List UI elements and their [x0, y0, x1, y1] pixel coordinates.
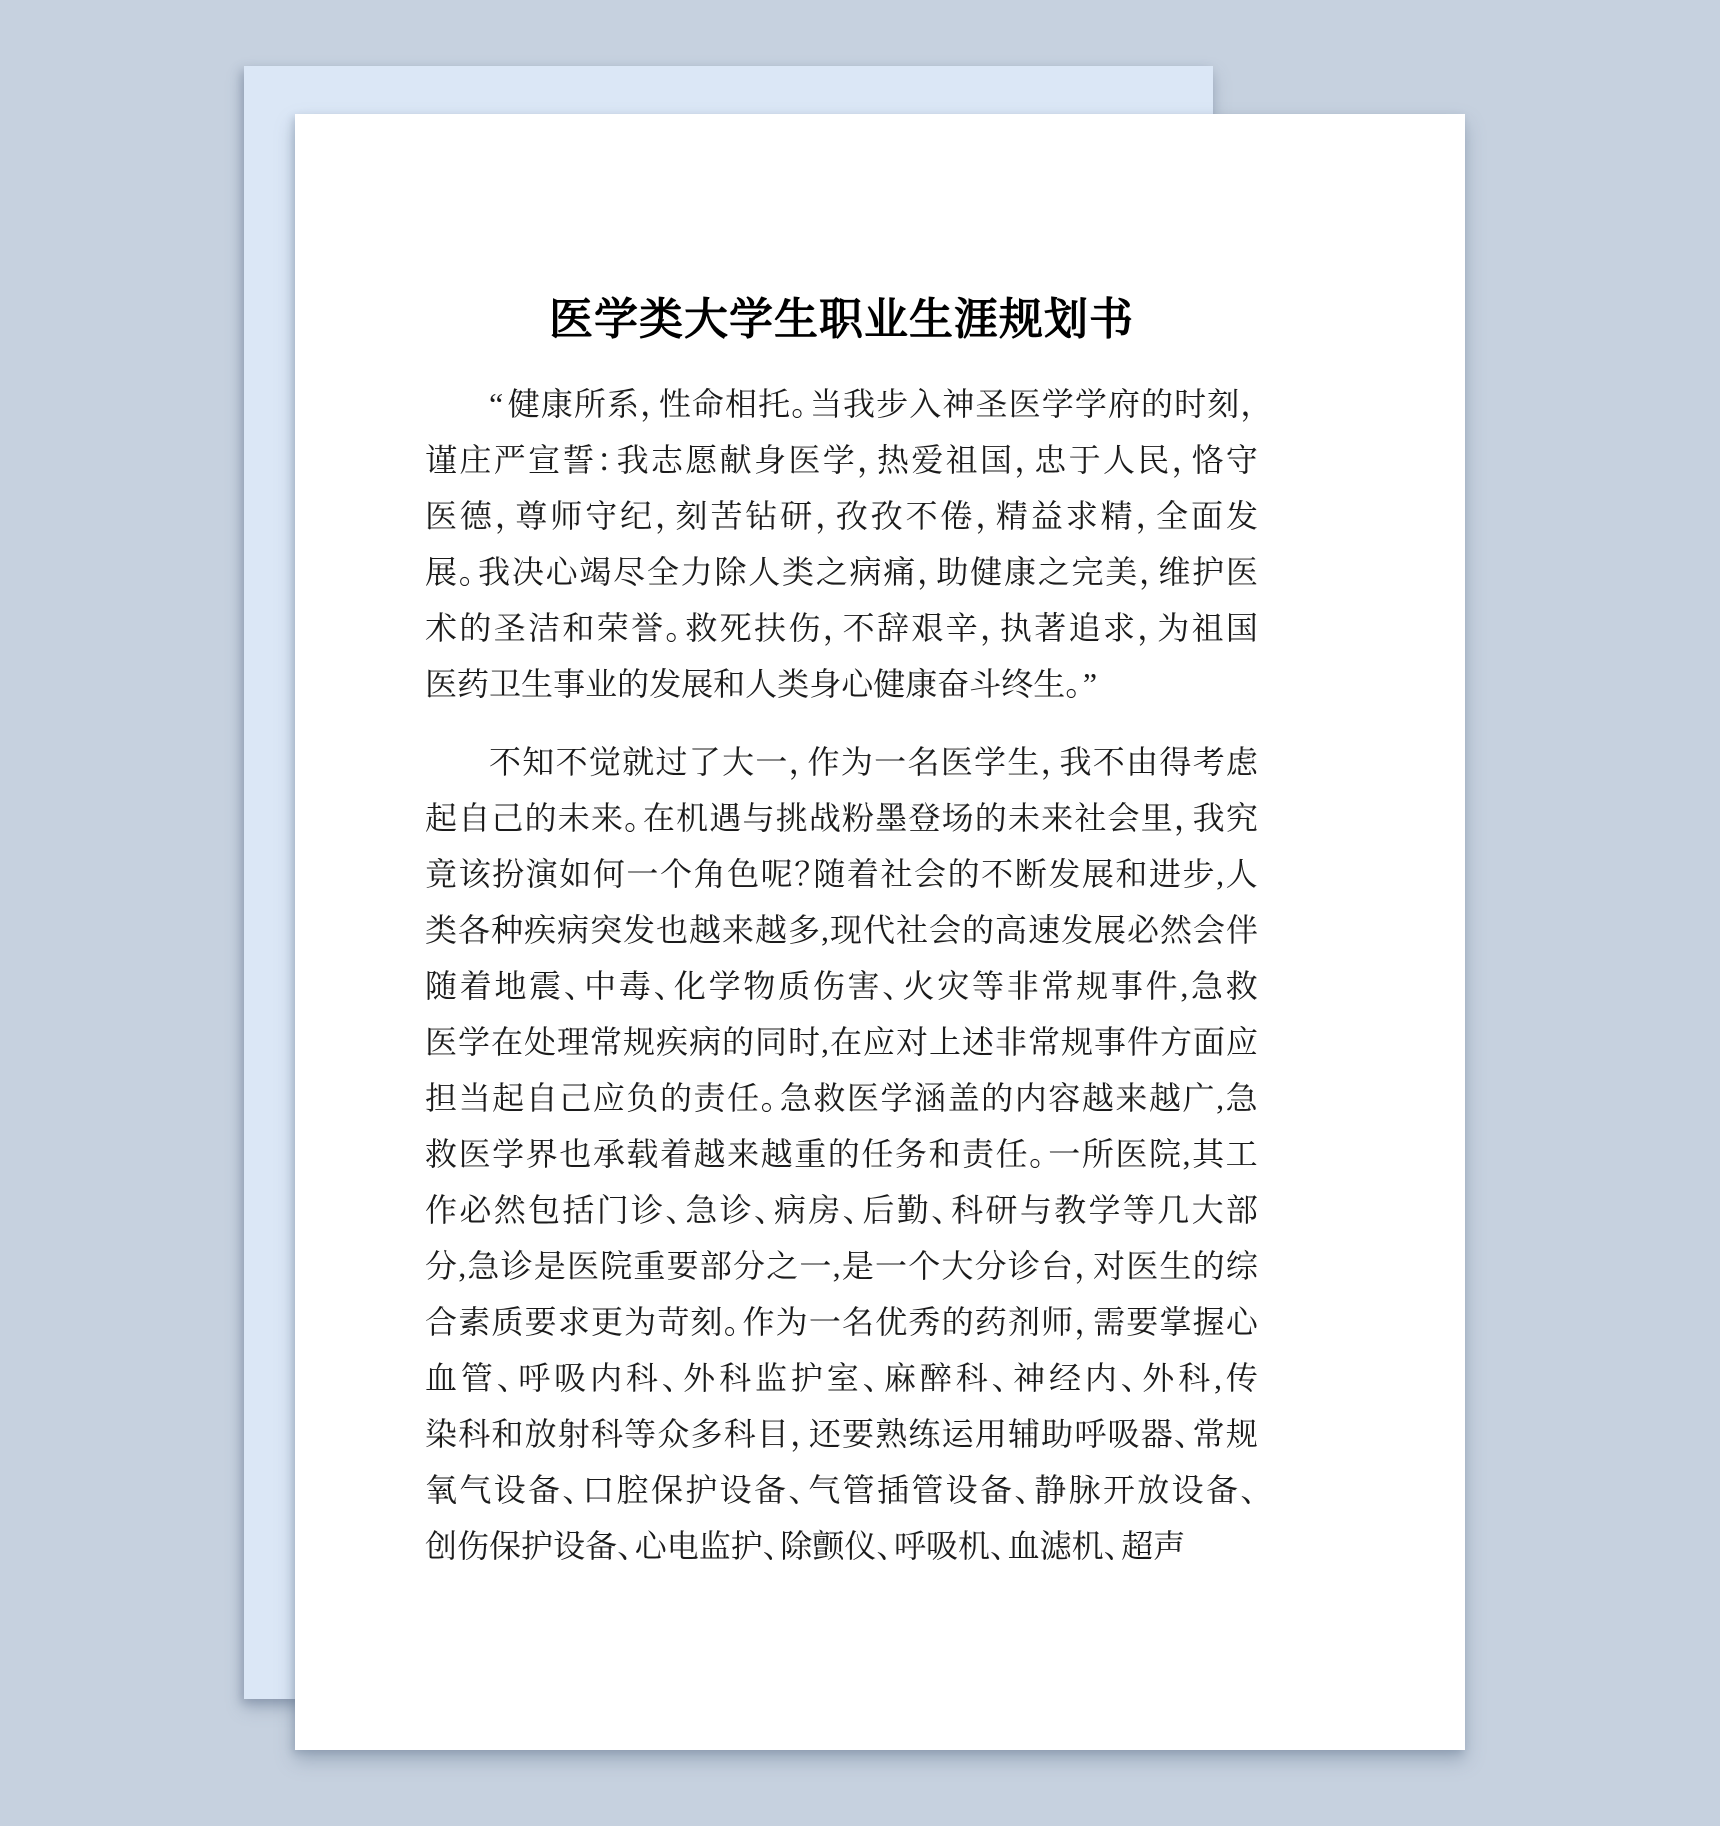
punctuation: 、 — [617, 1518, 635, 1574]
text-line: 术的圣洁和荣誉。救死扶伤，不辞艰辛，执著追求，为祖国 — [425, 600, 1258, 656]
text-line: 作必然包括门诊、急诊、病房、后勤、科研与教学等几大部 — [425, 1182, 1258, 1238]
document-page: 医学类大学生职业生涯规划书 “健康所系，性命相托。当我步入神圣医学学府的时刻，谨… — [295, 114, 1465, 1750]
punctuation: ， — [1240, 376, 1258, 432]
punctuation: ， — [1074, 1294, 1092, 1350]
punctuation: 。 — [791, 376, 809, 432]
punctuation: 、 — [843, 1182, 861, 1238]
punctuation: 、 — [882, 958, 900, 1014]
punctuation: ， — [980, 600, 998, 656]
punctuation: 、 — [931, 1182, 949, 1238]
punctuation: 、 — [1014, 1462, 1032, 1518]
punctuation: ， — [640, 376, 658, 432]
punctuation: ， — [1136, 488, 1154, 544]
punctuation: 、 — [863, 1350, 881, 1406]
punctuation: 、 — [665, 1182, 683, 1238]
punctuation: ： — [597, 432, 615, 488]
punctuation: 、 — [876, 1518, 894, 1574]
punctuation: 、 — [662, 1350, 680, 1406]
punctuation: ， — [857, 432, 875, 488]
text-line: 不知不觉就过了大一，作为一名医学生，我不由得考虑 — [425, 734, 1258, 790]
punctuation: 、 — [788, 1462, 806, 1518]
punctuation: ， — [1137, 600, 1155, 656]
punctuation: ， — [655, 488, 673, 544]
document-body: “健康所系，性命相托。当我步入神圣医学学府的时刻，谨庄严宣誓：我志愿献身医学，热… — [425, 376, 1258, 1574]
punctuation: ” — [1083, 656, 1101, 712]
punctuation: ？ — [794, 846, 812, 902]
text-line: 合素质要求更为苛刻。作为一名优秀的药剂师，需要掌握心 — [425, 1294, 1258, 1350]
punctuation: 、 — [562, 1462, 580, 1518]
punctuation: 、 — [564, 958, 582, 1014]
punctuation: “ — [489, 376, 507, 432]
punctuation: 、 — [763, 1518, 781, 1574]
text-line: 竟该扮演如何一个角色呢？随着社会的不断发展和进步,人 — [425, 846, 1258, 902]
text-line: 救医学界也承载着越来越重的任务和责任。一所医院,其工 — [425, 1126, 1258, 1182]
punctuation: ， — [1172, 432, 1190, 488]
punctuation: ， — [823, 600, 841, 656]
punctuation: 。 — [459, 544, 477, 600]
punctuation: ， — [790, 1406, 808, 1462]
punctuation: 。 — [724, 1294, 742, 1350]
punctuation: 。 — [1065, 656, 1083, 712]
text-line: 类各种疾病突发也越来越多,现代社会的高速发展必然会伴 — [425, 902, 1258, 958]
text-line: 展。我决心竭尽全力除人类之病痛，助健康之完美，维护医 — [425, 544, 1258, 600]
text-line: “健康所系，性命相托。当我步入神圣医学学府的时刻， — [425, 376, 1258, 432]
punctuation: 、 — [497, 1350, 515, 1406]
text-line: 氧气设备、口腔保护设备、气管插管设备、静脉开放设备、 — [425, 1462, 1258, 1518]
punctuation: ， — [1041, 734, 1059, 790]
punctuation: 。 — [624, 790, 642, 846]
punctuation: ， — [1139, 544, 1157, 600]
text-line: 医德，尊师守纪，刻苦钻研，孜孜不倦，精益求精，全面发 — [425, 488, 1258, 544]
text-line: 医学在处理常规疾病的同时,在应对上述非常规事件方面应 — [425, 1014, 1258, 1070]
punctuation: 、 — [754, 1182, 772, 1238]
punctuation: ， — [1074, 1238, 1092, 1294]
punctuation: 、 — [992, 1350, 1010, 1406]
punctuation: ， — [495, 488, 513, 544]
punctuation: ， — [1014, 432, 1032, 488]
text-line: 随着地震、中毒、化学物质伤害、火灾等非常规事件,急救 — [425, 958, 1258, 1014]
punctuation: 、 — [654, 958, 672, 1014]
document-title: 医学类大学生职业生涯规划书 — [425, 294, 1258, 346]
punctuation: 。 — [1029, 1126, 1047, 1182]
punctuation: ， — [789, 734, 807, 790]
paragraph: 不知不觉就过了大一，作为一名医学生，我不由得考虑起自己的未来。在机遇与挑战粉墨登… — [425, 734, 1258, 1574]
paragraph: “健康所系，性命相托。当我步入神圣医学学府的时刻，谨庄严宣誓：我志愿献身医学，热… — [425, 376, 1258, 712]
text-line: 谨庄严宣誓：我志愿献身医学，热爱祖国，忠于人民，恪守 — [425, 432, 1258, 488]
punctuation: 、 — [1121, 1350, 1139, 1406]
text-line: 染科和放射科等众多科目，还要熟练运用辅助呼吸器、常规 — [425, 1406, 1258, 1462]
punctuation: 、 — [990, 1518, 1008, 1574]
punctuation: 、 — [1240, 1462, 1258, 1518]
text-line: 分,急诊是医院重要部分之一,是一个大分诊台，对医生的综 — [425, 1238, 1258, 1294]
punctuation: ， — [1174, 790, 1192, 846]
text-line: 担当起自己应负的责任。急救医学涵盖的内容越来越广,急 — [425, 1070, 1258, 1126]
punctuation: ， — [815, 488, 833, 544]
punctuation: 。 — [665, 600, 683, 656]
text-line: 起自己的未来。在机遇与挑战粉墨登场的未来社会里，我究 — [425, 790, 1258, 846]
punctuation: ， — [917, 544, 935, 600]
document-text-block: 医学类大学生职业生涯规划书 “健康所系，性命相托。当我步入神圣医学学府的时刻，谨… — [425, 294, 1258, 1574]
punctuation: ， — [975, 488, 993, 544]
text-line: 创伤保护设备、心电监护、除颤仪、呼吸机、血滤机、超声 — [425, 1518, 1258, 1574]
punctuation: 、 — [1174, 1406, 1192, 1462]
desktop-background: 医学类大学生职业生涯规划书 “健康所系，性命相托。当我步入神圣医学学府的时刻，谨… — [0, 0, 1720, 1826]
text-line: 血管、呼吸内科、外科监护室、麻醉科、神经内、外科,传 — [425, 1350, 1258, 1406]
text-line: 医药卫生事业的发展和人类身心健康奋斗终生。” — [425, 656, 1258, 712]
punctuation: 、 — [1104, 1518, 1122, 1574]
punctuation: 。 — [761, 1070, 779, 1126]
